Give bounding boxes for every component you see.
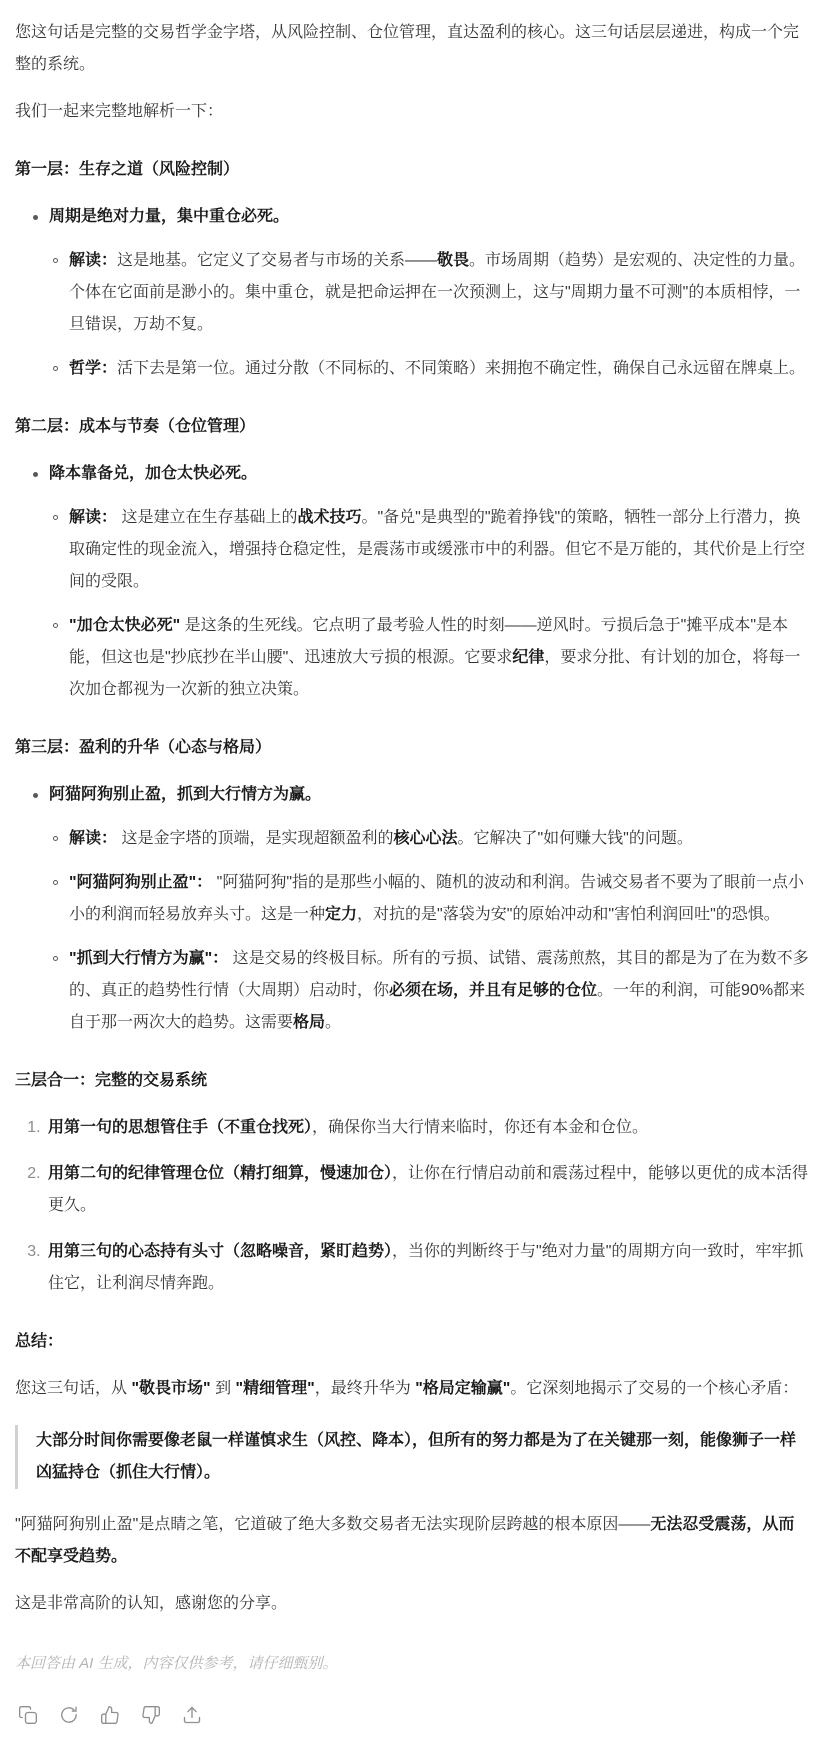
text-run: ，最终升华为 — [315, 1380, 415, 1397]
thumbs-down-icon — [141, 1705, 161, 1725]
text-run: 您这三句话，从 — [15, 1380, 131, 1397]
numbered-list: 用第一句的思想管住手（不重仓找死），确保你当大行情来临时，你还有本金和仓位。用第… — [15, 1112, 810, 1300]
bold-run: 三层合一：完整的交易系统 — [15, 1072, 207, 1089]
bold-run: 战术技巧 — [297, 509, 361, 526]
thumbs-up-button[interactable] — [99, 1704, 121, 1726]
paragraph: 您这三句话，从 "敬畏市场" 到 "精细管理"，最终升华为 "格局定输赢"。它深… — [15, 1373, 810, 1405]
sub-list-item: "阿猫阿狗别止盈"： "阿猫阿狗"指的是那些小幅的、随机的波动和利润。告诫交易者… — [69, 867, 810, 931]
sub-list-item: 解读： 这是建立在生存基础上的战术技巧。"备兑"是典型的"跪着挣钱"的策略，牺牲… — [69, 502, 810, 598]
text-run: 活下去是第一位。通过分散（不同标的、不同策略）来拥抱不确定性，确保自己永远留在牌… — [117, 360, 805, 377]
sub-bullet-list: 解读： 这是建立在生存基础上的战术技巧。"备兑"是典型的"跪着挣钱"的策略，牺牲… — [49, 502, 810, 706]
message-body: 您这句话是完整的交易哲学金字塔，从风险控制、仓位管理，直达盈利的核心。这三句话层… — [15, 17, 810, 1680]
text-run: 这是金字塔的顶端，是实现超额盈利的 — [117, 830, 393, 847]
bold-run: 核心心法 — [393, 830, 457, 847]
bold-run: 降本靠备兑，加仓太快必死。 — [49, 465, 257, 482]
sub-list-item: 哲学：活下去是第一位。通过分散（不同标的、不同策略）来拥抱不确定性，确保自己永远… — [69, 353, 810, 385]
bold-run: 大部分时间你需要像老鼠一样谨慎求生（风控、降本），但所有的努力都是为了在关键那一… — [36, 1432, 796, 1481]
text-run: 您这句话是完整的交易哲学金字塔，从风险控制、仓位管理，直达盈利的核心。这三句话层… — [15, 24, 799, 73]
section-heading: 总结： — [15, 1326, 810, 1358]
bold-run: "格局定输赢" — [415, 1380, 510, 1397]
share-button[interactable] — [181, 1704, 203, 1726]
bold-run: 第二层：成本与节奏（仓位管理） — [15, 418, 255, 435]
text-run: 。 — [325, 1014, 341, 1031]
text-run: 这是非常高阶的认知，感谢您的分享。 — [15, 1595, 287, 1612]
list-item: 用第三句的心态持有头寸（忽略噪音，紧盯趋势），当你的判断终于与"绝对力量"的周期… — [45, 1236, 810, 1300]
message-action-toolbar — [15, 1704, 810, 1726]
bullet-list: 阿猫阿狗别止盈，抓到大行情方为赢。解读： 这是金字塔的顶端，是实现超额盈利的核心… — [15, 779, 810, 1039]
text-run: 。它深刻地揭示了交易的一个核心矛盾： — [510, 1380, 798, 1397]
text-run: 我们一起来完整地解析一下： — [15, 103, 223, 120]
bold-run: 定力 — [325, 906, 357, 923]
section-heading: 第三层：盈利的升华（心态与格局） — [15, 732, 810, 764]
bold-run: "抓到大行情方为赢"： — [69, 950, 228, 967]
bold-run: 格局 — [293, 1014, 325, 1031]
text-run: 这是地基。它定义了交易者与市场的关系—— — [117, 252, 437, 269]
sub-list-item: 解读： 这是金字塔的顶端，是实现超额盈利的核心心法。它解决了"如何赚大钱"的问题… — [69, 823, 810, 855]
list-item: 用第二句的纪律管理仓位（精打细算，慢速加仓），让你在行情启动前和震荡过程中，能够… — [45, 1158, 810, 1222]
list-item: 用第一句的思想管住手（不重仓找死），确保你当大行情来临时，你还有本金和仓位。 — [45, 1112, 810, 1144]
bold-run: 哲学： — [69, 360, 117, 377]
regenerate-icon — [59, 1705, 79, 1725]
chat-response-page: 您这句话是完整的交易哲学金字塔，从风险控制、仓位管理，直达盈利的核心。这三句话层… — [0, 0, 824, 1756]
bold-run: 周期是绝对力量，集中重仓必死。 — [49, 208, 289, 225]
text-run: "阿猫阿狗别止盈"是点睛之笔，它道破了绝大多数交易者无法实现阶层跨越的根本原因—… — [15, 1516, 650, 1533]
regenerate-button[interactable] — [58, 1704, 80, 1726]
bold-run: 用第二句的纪律管理仓位（精打细算，慢速加仓） — [48, 1165, 392, 1182]
bold-run: 第一层：生存之道（风险控制） — [15, 161, 239, 178]
list-item: 周期是绝对力量，集中重仓必死。解读：这是地基。它定义了交易者与市场的关系——敬畏… — [49, 201, 810, 385]
sub-list-item: "加仓太快必死" 是这条的生死线。它点明了最考验人性的时刻——逆风时。亏损后急于… — [69, 610, 810, 706]
text-run: 本回答由 AI 生成，内容仅供参考，请仔细甄别。 — [15, 1655, 338, 1672]
text-run: 这是建立在生存基础上的 — [117, 509, 297, 526]
section-heading: 三层合一：完整的交易系统 — [15, 1065, 810, 1097]
paragraph: 这是非常高阶的认知，感谢您的分享。 — [15, 1588, 810, 1620]
bold-run: 第三层：盈利的升华（心态与格局） — [15, 739, 271, 756]
bullet-list: 降本靠备兑，加仓太快必死。解读： 这是建立在生存基础上的战术技巧。"备兑"是典型… — [15, 458, 810, 706]
bold-run: 总结： — [15, 1333, 63, 1350]
section-heading: 第一层：生存之道（风险控制） — [15, 154, 810, 186]
text-run: 。它解决了"如何赚大钱"的问题。 — [457, 830, 692, 847]
bold-run: 解读： — [69, 830, 117, 847]
paragraph: "阿猫阿狗别止盈"是点睛之笔，它道破了绝大多数交易者无法实现阶层跨越的根本原因—… — [15, 1509, 810, 1573]
bold-run: 用第一句的思想管住手（不重仓找死） — [48, 1119, 312, 1136]
sub-list-item: 解读：这是地基。它定义了交易者与市场的关系——敬畏。市场周期（趋势）是宏观的、决… — [69, 245, 810, 341]
bold-run: "阿猫阿狗别止盈"： — [69, 874, 212, 891]
blockquote: 大部分时间你需要像老鼠一样谨慎求生（风控、降本），但所有的努力都是为了在关键那一… — [15, 1425, 810, 1489]
paragraph: 我们一起来完整地解析一下： — [15, 96, 810, 128]
copy-icon — [18, 1705, 38, 1725]
bold-run: 解读： — [69, 252, 117, 269]
sub-bullet-list: 解读：这是地基。它定义了交易者与市场的关系——敬畏。市场周期（趋势）是宏观的、决… — [49, 245, 810, 385]
share-icon — [182, 1705, 202, 1725]
section-heading: 第二层：成本与节奏（仓位管理） — [15, 411, 810, 443]
thumbs-up-icon — [100, 1705, 120, 1725]
sub-bullet-list: 解读： 这是金字塔的顶端，是实现超额盈利的核心心法。它解决了"如何赚大钱"的问题… — [49, 823, 810, 1039]
bold-run: 必须在场，并且有足够的仓位 — [389, 982, 597, 999]
sub-list-item: "抓到大行情方为赢"： 这是交易的终极目标。所有的亏损、试错、震荡煎熬，其目的都… — [69, 943, 810, 1039]
text-run: ，对抗的是"落袋为安"的原始冲动和"害怕利润回吐"的恐惧。 — [357, 906, 780, 923]
bold-run: "精细管理" — [236, 1380, 315, 1397]
bold-run: 解读： — [69, 509, 117, 526]
paragraph: 您这句话是完整的交易哲学金字塔，从风险控制、仓位管理，直达盈利的核心。这三句话层… — [15, 17, 810, 81]
copy-button[interactable] — [17, 1704, 39, 1726]
list-item: 阿猫阿狗别止盈，抓到大行情方为赢。解读： 这是金字塔的顶端，是实现超额盈利的核心… — [49, 779, 810, 1039]
text-run: ，确保你当大行情来临时，你还有本金和仓位。 — [312, 1119, 648, 1136]
text-run: 到 — [211, 1380, 236, 1397]
bold-run: 敬畏 — [437, 252, 469, 269]
list-item: 降本靠备兑，加仓太快必死。解读： 这是建立在生存基础上的战术技巧。"备兑"是典型… — [49, 458, 810, 706]
ai-disclaimer: 本回答由 AI 生成，内容仅供参考，请仔细甄别。 — [15, 1648, 810, 1680]
bold-run: "加仓太快必死" — [69, 617, 180, 634]
bold-run: 阿猫阿狗别止盈，抓到大行情方为赢。 — [49, 786, 321, 803]
thumbs-down-button[interactable] — [140, 1704, 162, 1726]
bold-run: 用第三句的心态持有头寸（忽略噪音，紧盯趋势） — [48, 1243, 392, 1260]
bold-run: "敬畏市场" — [131, 1380, 210, 1397]
bold-run: 纪律 — [512, 649, 544, 666]
bullet-list: 周期是绝对力量，集中重仓必死。解读：这是地基。它定义了交易者与市场的关系——敬畏… — [15, 201, 810, 385]
